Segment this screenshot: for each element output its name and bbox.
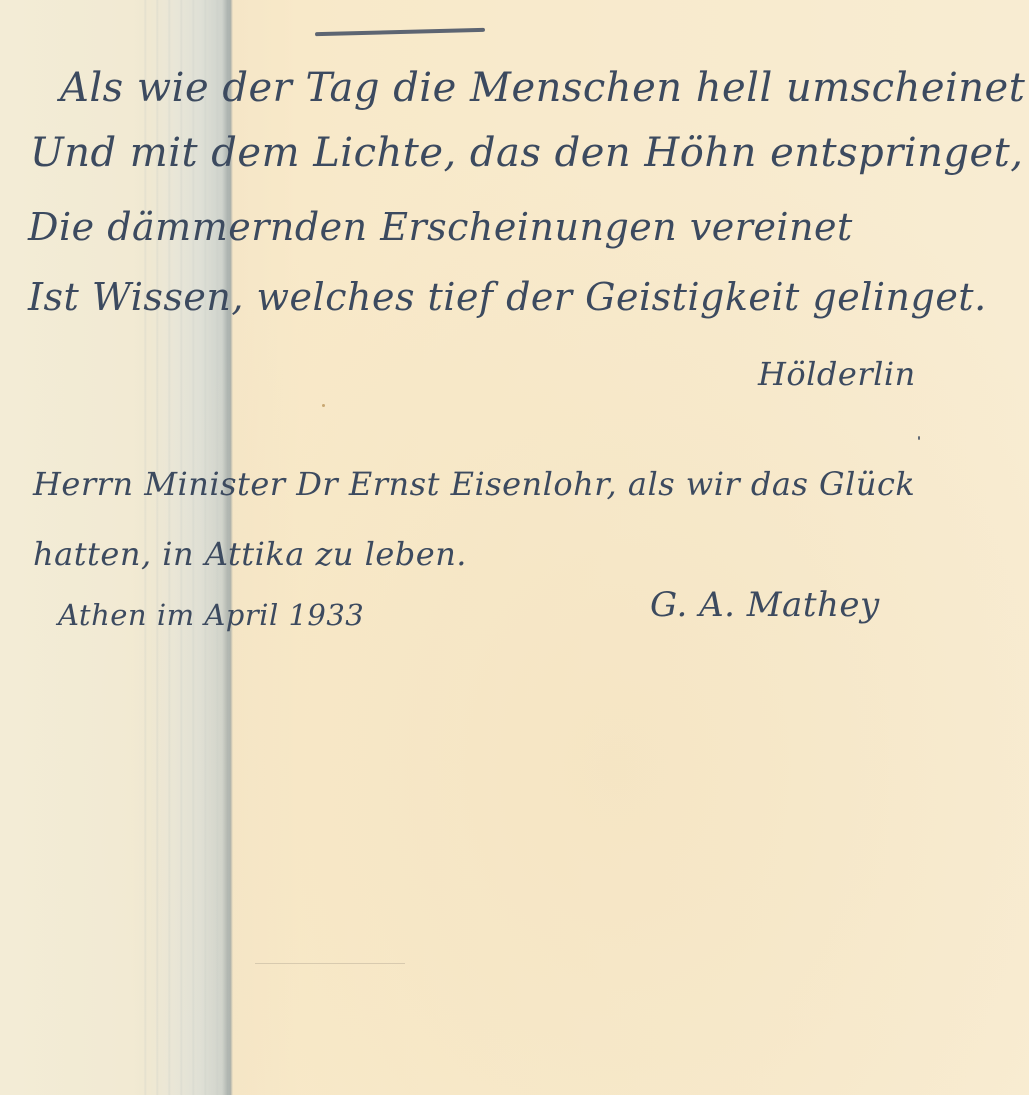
paper-crease — [255, 963, 405, 964]
ink-speck — [918, 436, 920, 440]
pen-stroke-dash — [315, 28, 485, 36]
place-date: Athen im April 1933 — [58, 598, 364, 632]
poem-line-1: Als wie der Tag die Menschen hell umsche… — [60, 65, 1025, 111]
signature: G. A. Mathey — [650, 585, 880, 625]
dedication-line-2: hatten, in Attika zu leben. — [33, 535, 467, 573]
paper-page: Als wie der Tag die Menschen hell umsche… — [0, 0, 1029, 1095]
poem-author: Hölderlin — [758, 355, 916, 393]
dedication-line-1: Herrn Minister Dr Ernst Eisenlohr, als w… — [33, 465, 915, 503]
poem-line-3: Die dämmernden Erscheinungen vereinet — [28, 205, 853, 249]
poem-line-4: Ist Wissen, welches tief der Geistigkeit… — [28, 275, 987, 319]
paper-speck — [322, 404, 325, 407]
poem-line-2: Und mit dem Lichte, das den Höhn entspri… — [30, 130, 1023, 176]
